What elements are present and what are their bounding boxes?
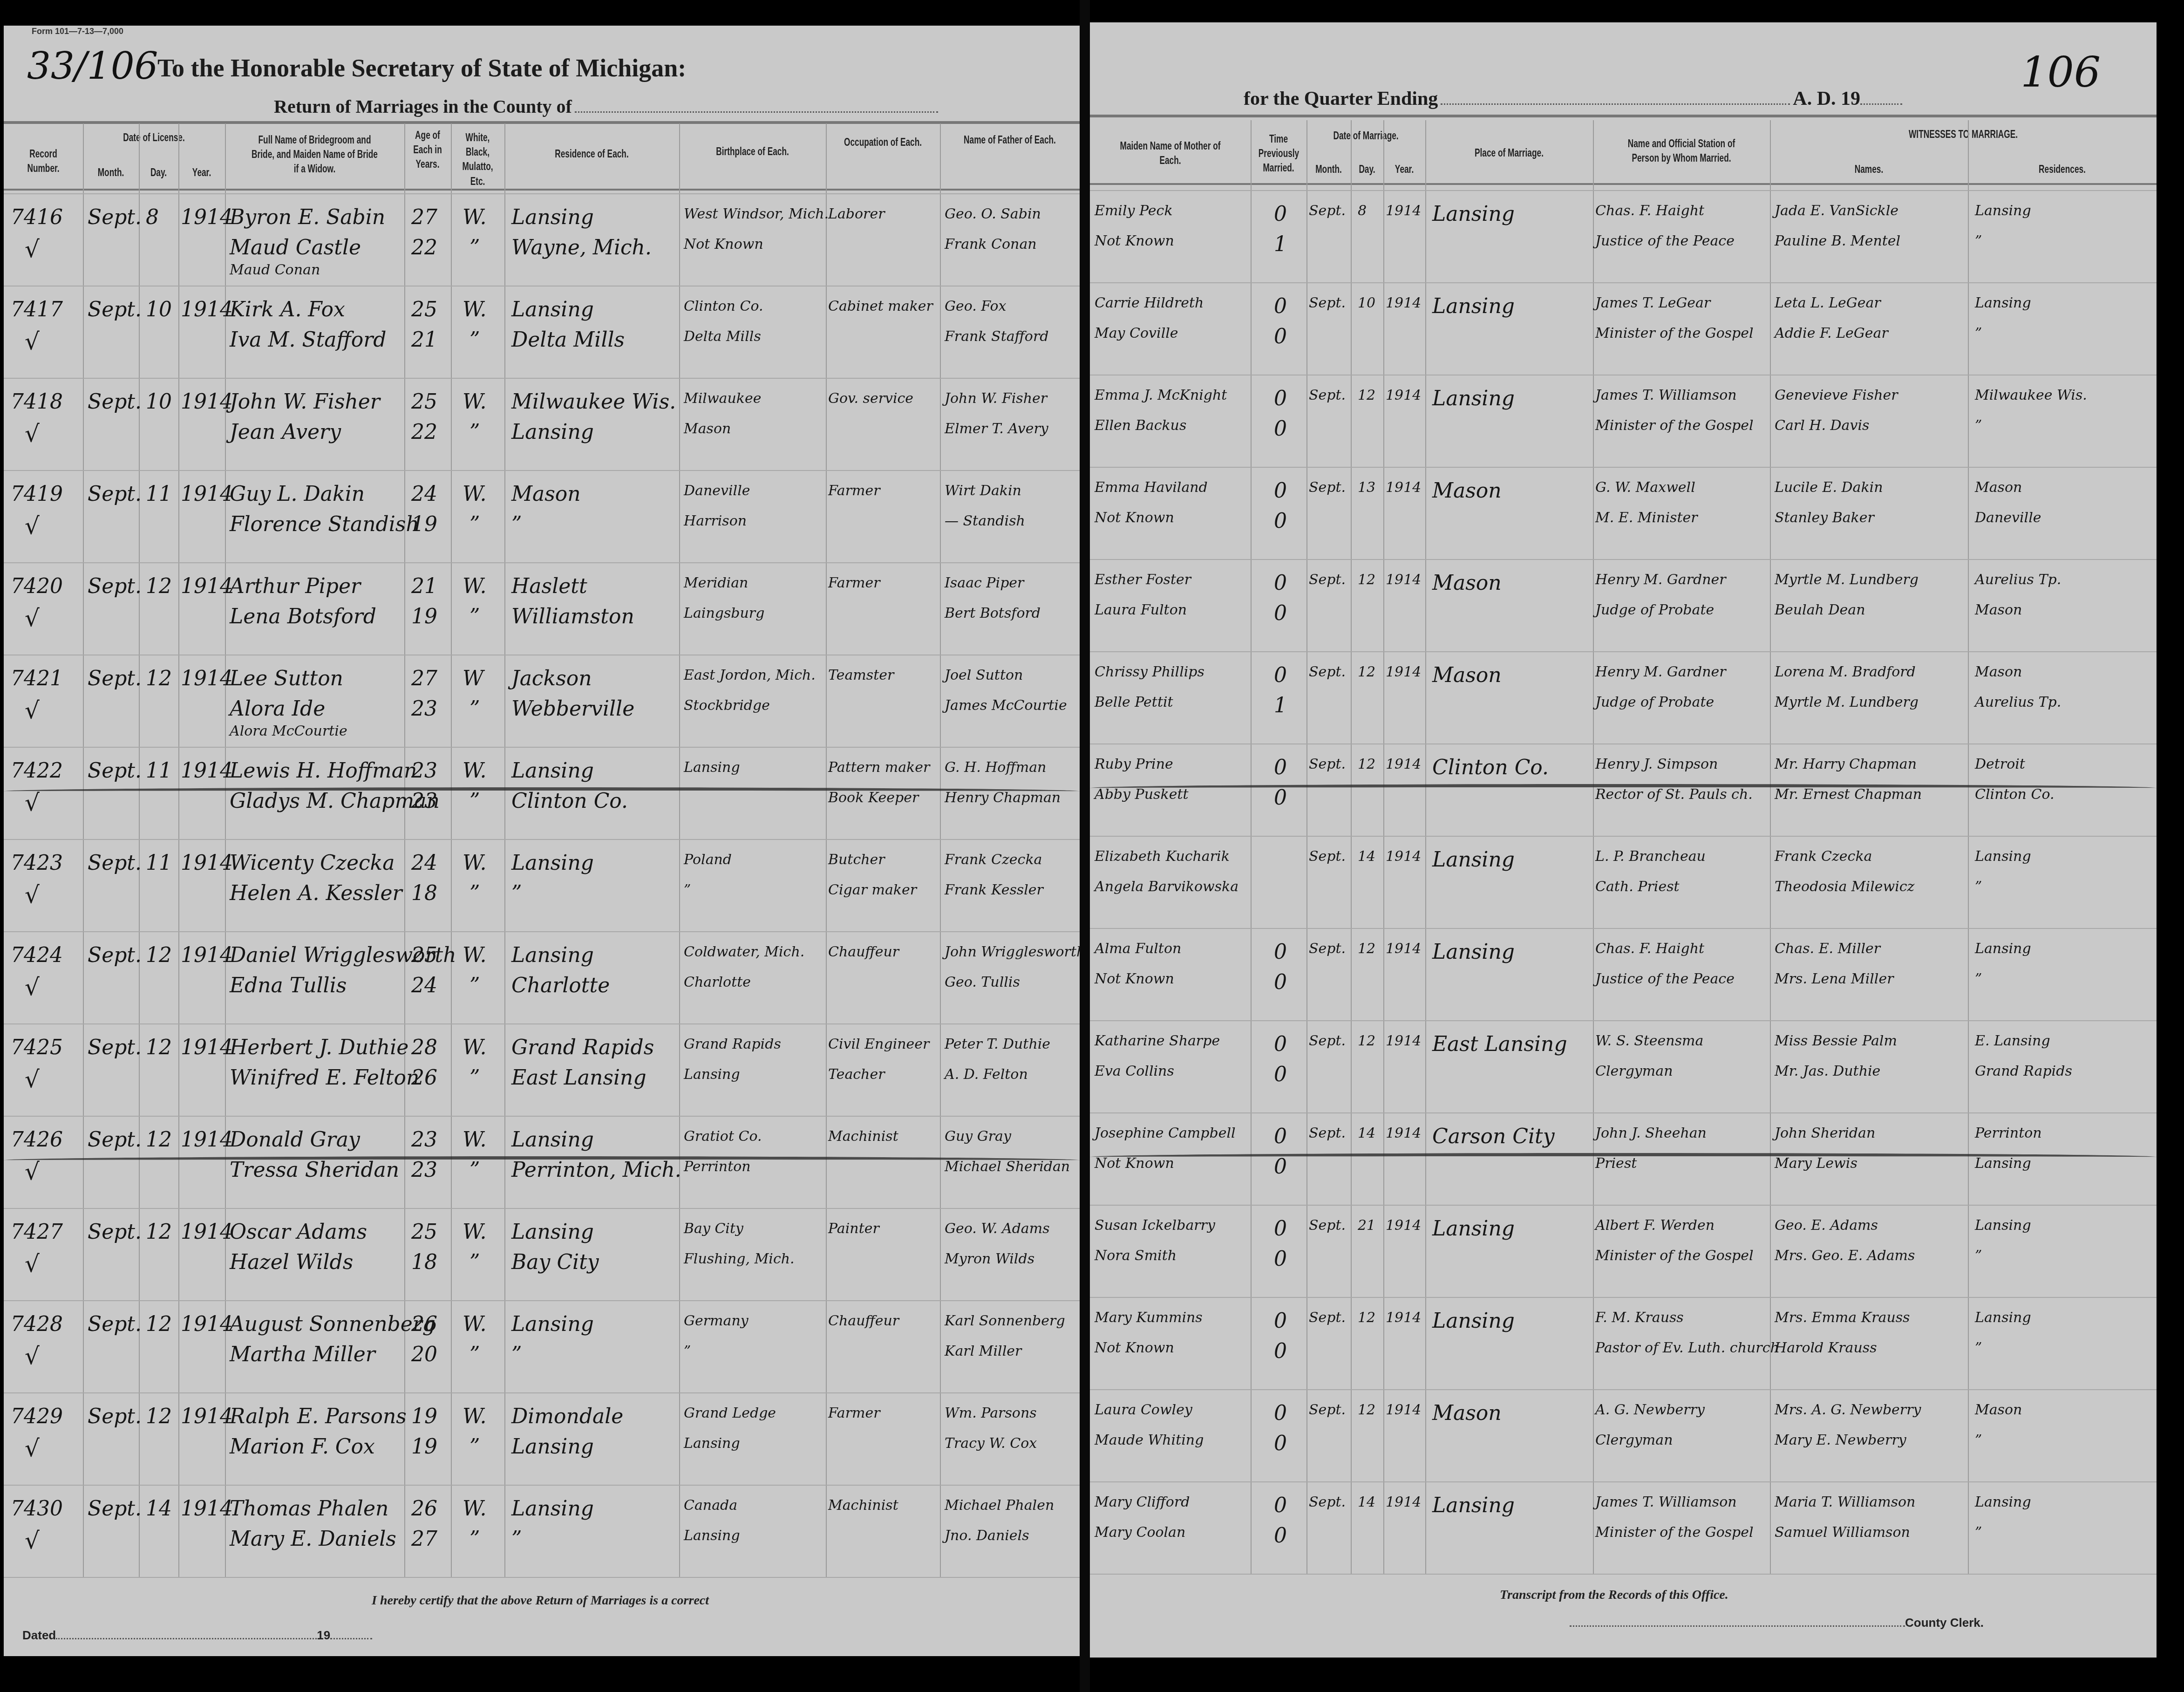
check-mark: √: [25, 1252, 40, 1276]
groom-mother: Carrie Hildreth: [1095, 296, 1204, 310]
groom-birthplace: East Jordon, Mich.: [684, 669, 816, 682]
record-row-right: Emily PeckNot Known01Sept.81914LansingCh…: [1090, 190, 2157, 282]
groom-occupation: Butcher: [828, 853, 885, 867]
ditto-mark: ”: [469, 330, 480, 350]
witness-2-name: Mrs. Lena Miller: [1775, 972, 1894, 986]
marriage-day: 12: [1358, 1311, 1375, 1325]
officiant-title: Justice of the Peace: [1595, 234, 1735, 248]
officiant-name: Albert F. Werden: [1595, 1219, 1715, 1233]
groom-occupation: Machinist: [828, 1499, 898, 1513]
marriage-month: Sept.: [1309, 1219, 1346, 1233]
ditto-mark: ”: [469, 976, 480, 996]
color-race: W.: [463, 1499, 487, 1519]
bride-times-married: 0: [1274, 327, 1287, 347]
groom-mother: Esther Foster: [1095, 573, 1191, 587]
officiant-title: Cath. Priest: [1595, 880, 1680, 894]
license-month: Sept.: [88, 484, 142, 505]
license-year: 1914: [181, 1130, 233, 1150]
license-year: 1914: [181, 761, 233, 781]
check-mark: √: [25, 1068, 40, 1091]
witness-2-name: Theodosia Milewicz: [1775, 880, 1914, 894]
marriage-place: Lansing: [1432, 1495, 1515, 1516]
record-row-left: 7421√Sept.121914Lee SuttonAlora IdeAlora…: [4, 655, 1080, 747]
record-row-right: Chrissy PhillipsBelle Pettit01Sept.12191…: [1090, 651, 2157, 744]
bride-age: 18: [411, 1252, 437, 1273]
record-row-left: 7422√Sept.111914Lewis H. HoffmanGladys M…: [4, 747, 1080, 839]
officiant-title: Clergyman: [1595, 1433, 1673, 1447]
witness-2-name: Samuel Williamson: [1775, 1526, 1910, 1540]
color-race: W.: [463, 1406, 487, 1427]
bride-times-married: 1: [1274, 234, 1287, 255]
dated-label: Dated: [22, 1628, 56, 1642]
license-day: 12: [146, 1222, 172, 1242]
col-residence: Residence of Each.: [529, 147, 655, 161]
col-times-married: Time Previously Married.: [1259, 132, 1299, 176]
bride-maiden-name: Maud Conan: [230, 263, 320, 277]
color-race: W.: [463, 853, 487, 873]
check-mark: √: [25, 791, 40, 814]
officiant-title: Pastor of Ev. Luth. church: [1595, 1341, 1779, 1355]
bride-name: Marion F. Cox: [230, 1437, 375, 1457]
marriage-place: Lansing: [1432, 204, 1515, 225]
bride-residence: Bay City: [511, 1252, 599, 1273]
license-year: 1914: [181, 207, 233, 228]
groom-age: 23: [411, 1130, 437, 1150]
marriage-year: 1914: [1386, 389, 1421, 403]
col-full-name: Full Name of Bridegroom and Bride, and M…: [250, 133, 379, 177]
record-row-left: 7430√Sept.141914Thomas PhalenMary E. Dan…: [4, 1485, 1080, 1577]
groom-birthplace: Clinton Co.: [684, 300, 763, 314]
witness-1-residence: Lansing: [1975, 296, 2031, 310]
license-year: 1914: [181, 1406, 233, 1427]
col-license-month: Month.: [91, 165, 131, 180]
col-marriage-month: Month.: [1313, 162, 1344, 177]
groom-birthplace: Bay City: [684, 1222, 743, 1236]
document-subtitle: Return of Marriages in the County of: [274, 96, 938, 117]
bride-name: Mary E. Daniels: [230, 1529, 396, 1549]
marriage-place: Lansing: [1432, 850, 1515, 870]
groom-name: August Sonnenberg: [230, 1314, 435, 1335]
license-month: Sept.: [88, 853, 142, 873]
witness-1-residence: Mason: [1975, 665, 2022, 679]
document-title: To the Honorable Secretary of State of M…: [157, 54, 686, 82]
header-rule: [4, 189, 1080, 191]
groom-occupation: Farmer: [828, 1406, 880, 1420]
record-row-left: 7426√Sept.121914Donald GrayTressa Sherid…: [4, 1116, 1080, 1208]
marriage-year: 1914: [1386, 1219, 1421, 1233]
officiant-name: Henry M. Gardner: [1595, 573, 1726, 587]
bride-name: Martha Miller: [230, 1344, 375, 1365]
groom-times-married: 0: [1274, 665, 1287, 686]
bride-age: 19: [411, 514, 437, 535]
record-number: 7420: [11, 576, 63, 597]
witness-1-residence: Lansing: [1975, 1219, 2031, 1233]
officiant-name: G. W. Maxwell: [1595, 481, 1695, 495]
bride-times-married: 0: [1274, 972, 1287, 993]
license-year: 1914: [181, 669, 233, 689]
bride-father: Karl Miller: [945, 1344, 1021, 1358]
col-witnesses: WITNESSES TO MARRIAGE.: [1824, 127, 2102, 142]
bride-father: Frank Stafford: [945, 330, 1048, 344]
bride-mother: Eva Collins: [1095, 1064, 1174, 1078]
quarter-line: for the Quarter EndingA. D. 19: [1244, 88, 1902, 110]
ditto-mark: ”: [469, 422, 480, 443]
bride-father: Geo. Tullis: [945, 976, 1020, 989]
groom-father: Guy Gray: [945, 1130, 1011, 1144]
marriage-day: 12: [1358, 665, 1375, 679]
bride-mother: Mary Coolan: [1095, 1526, 1185, 1540]
groom-residence: Grand Rapids: [511, 1037, 654, 1058]
license-month: Sept.: [88, 1222, 142, 1242]
marriage-year: 1914: [1386, 665, 1421, 679]
license-year: 1914: [181, 576, 233, 597]
marriage-day: 14: [1358, 1495, 1375, 1509]
groom-residence: Lansing: [511, 1130, 594, 1150]
groom-times-married: 0: [1274, 1311, 1287, 1331]
license-day: 11: [146, 853, 172, 873]
bride-mother: Angela Barvikowska: [1095, 880, 1238, 894]
witness-1-name: Lorena M. Bradford: [1775, 665, 1916, 679]
groom-times-married: 0: [1274, 1126, 1287, 1147]
groom-age: 25: [411, 1222, 437, 1242]
groom-father: G. H. Hoffman: [945, 761, 1046, 775]
record-row-right: Alma FultonNot Known00Sept.121914Lansing…: [1090, 928, 2157, 1020]
ditto-mark: ”: [469, 238, 480, 258]
groom-age: 23: [411, 761, 437, 781]
groom-mother: Mary Clifford: [1095, 1495, 1190, 1509]
license-month: Sept.: [88, 300, 142, 320]
color-race: W.: [463, 761, 487, 781]
license-day: 10: [146, 392, 172, 412]
bride-father: James McCourtie: [945, 699, 1067, 713]
witness-2-name: Beulah Dean: [1775, 603, 1865, 617]
bride-residence: Lansing: [511, 1437, 594, 1457]
groom-name: John W. Fisher: [230, 392, 380, 412]
marriage-place: Mason: [1432, 481, 1502, 501]
bride-age: 20: [411, 1344, 437, 1365]
officiant-name: Chas. F. Haight: [1595, 204, 1704, 218]
license-day: 11: [146, 761, 172, 781]
witness-2-name: Stanley Baker: [1775, 511, 1874, 525]
marriage-place: Lansing: [1432, 942, 1515, 962]
witness-2-residence: ”: [1975, 1341, 1982, 1355]
groom-mother: Elizabeth Kucharik: [1095, 850, 1230, 864]
witness-1-residence: Mason: [1975, 1403, 2022, 1417]
bride-residence: Williamston: [511, 607, 634, 627]
witness-1-residence: Lansing: [1975, 1311, 2031, 1325]
license-day: 12: [146, 945, 172, 966]
license-month: Sept.: [88, 392, 142, 412]
marriage-day: 10: [1358, 296, 1375, 310]
groom-mother: Ruby Prine: [1095, 757, 1173, 771]
record-row-right: Emma J. McKnightEllen Backus00Sept.12191…: [1090, 375, 2157, 467]
groom-birthplace: Canada: [684, 1499, 737, 1513]
check-mark: √: [25, 422, 40, 445]
record-row-left: 7418√Sept.101914John W. FisherJean Avery…: [4, 378, 1080, 470]
record-row-right: Carrie HildrethMay Coville00Sept.101914L…: [1090, 282, 2157, 375]
bride-age: 26: [411, 1068, 437, 1088]
bride-mother: Not Known: [1095, 511, 1174, 525]
bride-residence: Charlotte: [511, 976, 610, 996]
left-page: Form 101—7-13—7,000 33/106 To the Honora…: [4, 26, 1080, 1656]
bride-birthplace: Stockbridge: [684, 699, 770, 713]
record-number: 7417: [11, 300, 63, 320]
bride-birthplace: Not Known: [684, 238, 763, 252]
groom-times-married: 0: [1274, 1403, 1287, 1424]
officiant-title: Judge of Probate: [1595, 603, 1714, 617]
marriage-day: 14: [1358, 1126, 1375, 1140]
bride-age: 18: [411, 883, 437, 904]
groom-occupation: Civil Engineer: [828, 1037, 929, 1051]
officiant-title: Minister of the Gospel: [1595, 327, 1754, 341]
groom-residence: Lansing: [511, 853, 594, 873]
groom-age: 26: [411, 1314, 437, 1335]
record-number: 7416: [11, 207, 63, 228]
license-day: 12: [146, 1037, 172, 1058]
header-rule: [1090, 183, 2157, 185]
license-year: 1914: [181, 1222, 233, 1242]
officiant-name: A. G. Newberry: [1595, 1403, 1705, 1417]
witness-2-name: Addie F. LeGear: [1775, 327, 1888, 341]
groom-age: 27: [411, 669, 437, 689]
bride-name: Maud Castle: [230, 238, 361, 258]
groom-mother: Emma J. McKnight: [1095, 389, 1227, 403]
bride-father: Frank Kessler: [945, 883, 1043, 897]
groom-occupation: Painter: [828, 1222, 879, 1236]
witness-2-residence: ”: [1975, 327, 1982, 341]
witness-1-residence: Mason: [1975, 481, 2022, 495]
clerk-label: County Clerk.: [1905, 1616, 1984, 1630]
groom-mother: Chrissy Phillips: [1095, 665, 1204, 679]
bride-birthplace: Charlotte: [684, 976, 751, 989]
witness-1-residence: E. Lansing: [1975, 1034, 2050, 1048]
groom-times-married: 0: [1274, 573, 1287, 594]
groom-mother: Katharine Sharpe: [1095, 1034, 1220, 1048]
officiant-name: W. S. Steensma: [1595, 1034, 1703, 1048]
license-year: 1914: [181, 392, 233, 412]
groom-times-married: 0: [1274, 1495, 1287, 1516]
groom-birthplace: Daneville: [684, 484, 750, 498]
license-month: Sept.: [88, 1130, 142, 1150]
groom-name: Donald Gray: [230, 1130, 360, 1150]
bride-residence: ”: [511, 1529, 522, 1549]
ditto-mark: ”: [469, 607, 480, 627]
groom-occupation: Laborer: [828, 207, 885, 221]
marriage-month: Sept.: [1309, 296, 1346, 310]
marriage-year: 1914: [1386, 942, 1421, 956]
groom-father: Michael Phalen: [945, 1499, 1054, 1513]
license-day: 8: [146, 207, 159, 228]
ditto-mark: ”: [469, 883, 480, 904]
marriage-place: Lansing: [1432, 389, 1515, 409]
groom-occupation: Gov. service: [828, 392, 913, 406]
clerk-signature-field: [1570, 1625, 1905, 1627]
bride-birthplace: Laingsburg: [684, 607, 764, 621]
officiant-name: John J. Sheehan: [1595, 1126, 1707, 1140]
bride-father: A. D. Felton: [945, 1068, 1028, 1082]
groom-birthplace: Lansing: [684, 761, 740, 775]
witness-2-residence: Mason: [1975, 603, 2022, 617]
groom-age: 26: [411, 1499, 437, 1519]
witness-2-residence: ”: [1975, 1433, 1982, 1447]
strike-through-line: [4, 787, 1080, 795]
dated-line: Dated19: [22, 1628, 372, 1643]
marriage-year: 1914: [1386, 1403, 1421, 1417]
bride-mother: Ellen Backus: [1095, 419, 1186, 433]
groom-father: Joel Sutton: [945, 669, 1023, 682]
bride-mother: Laura Fulton: [1095, 603, 1187, 617]
bride-age: 23: [411, 699, 437, 719]
license-month: Sept.: [88, 669, 142, 689]
bride-age: 19: [411, 1437, 437, 1457]
bride-residence: Delta Mills: [511, 330, 625, 350]
witness-1-residence: Aurelius Tp.: [1975, 573, 2061, 587]
witness-1-residence: Milwaukee Wis.: [1975, 389, 2087, 403]
groom-residence: Lansing: [511, 1314, 594, 1335]
groom-occupation: Chauffeur: [828, 945, 899, 959]
row-rule: [1090, 1574, 2157, 1575]
marriage-day: 14: [1358, 850, 1375, 864]
bride-age: 21: [411, 330, 437, 350]
bride-age: 19: [411, 607, 437, 627]
license-year: 1914: [181, 300, 233, 320]
col-license-year: Year.: [185, 165, 218, 180]
groom-name: Ralph E. Parsons: [230, 1406, 407, 1427]
bride-mother: Belle Pettit: [1095, 696, 1173, 710]
witness-1-residence: Lansing: [1975, 204, 2031, 218]
record-row-right: Katharine SharpeEva Collins00Sept.121914…: [1090, 1020, 2157, 1112]
witness-2-residence: Aurelius Tp.: [1975, 696, 2061, 710]
groom-age: 21: [411, 576, 437, 597]
officiant-title: Minister of the Gospel: [1595, 1249, 1754, 1263]
col-father: Name of Father of Each.: [959, 133, 1060, 147]
record-number: 7425: [11, 1037, 63, 1058]
marriage-place: Mason: [1432, 573, 1502, 594]
witness-2-name: Harold Krauss: [1775, 1341, 1877, 1355]
check-mark: √: [25, 1529, 40, 1552]
record-row-left: 7420√Sept.121914Arthur PiperLena Botsfor…: [4, 562, 1080, 655]
witness-1-name: Geo. E. Adams: [1775, 1219, 1878, 1233]
groom-mother: Susan Ickelbarry: [1095, 1219, 1215, 1233]
groom-mother: Mary Kummins: [1095, 1311, 1203, 1325]
bride-father: — Standish: [945, 514, 1025, 528]
marriage-month: Sept.: [1309, 204, 1346, 218]
marriage-place: Clinton Co.: [1432, 757, 1549, 778]
officiant-title: Justice of the Peace: [1595, 972, 1735, 986]
bride-name: Jean Avery: [230, 422, 341, 443]
witness-2-residence: Daneville: [1975, 511, 2041, 525]
record-row-left: 7427√Sept.121914Oscar AdamsHazel Wilds25…: [4, 1208, 1080, 1300]
groom-residence: Milwaukee Wis.: [511, 392, 676, 412]
col-date-of-license: Date of License.: [103, 130, 205, 145]
transcript-text: Transcript from the Records of this Offi…: [1500, 1588, 1728, 1603]
marriage-day: 12: [1358, 942, 1375, 956]
record-number: 7424: [11, 945, 63, 966]
license-month: Sept.: [88, 761, 142, 781]
marriage-year: 1914: [1386, 757, 1421, 771]
strike-through-line: [1090, 1153, 2157, 1161]
bride-age: 22: [411, 238, 437, 258]
col-witness-names: Names.: [1798, 162, 1940, 177]
record-row-left: 7419√Sept.111914Guy L. DakinFlorence Sta…: [4, 470, 1080, 562]
color-race: W.: [463, 484, 487, 505]
bride-times-married: 0: [1274, 1526, 1287, 1546]
groom-father: Karl Sonnenberg: [945, 1314, 1065, 1328]
strike-through-line: [1090, 784, 2157, 792]
groom-birthplace: Meridian: [684, 576, 748, 590]
groom-father: Frank Czecka: [945, 853, 1042, 867]
groom-birthplace: Grand Rapids: [684, 1037, 781, 1051]
check-mark: √: [25, 514, 40, 538]
bride-name: Winifred E. Felton: [230, 1068, 419, 1088]
clerk-line: County Clerk.: [1570, 1616, 1984, 1630]
bride-birthplace: Lansing: [684, 1529, 740, 1543]
check-mark: √: [25, 607, 40, 630]
license-year: 1914: [181, 1037, 233, 1058]
marriage-year: 1914: [1386, 1495, 1421, 1509]
groom-age: 25: [411, 392, 437, 412]
record-row-left: 7417√Sept.101914Kirk A. FoxIva M. Staffo…: [4, 286, 1080, 378]
marriage-day: 12: [1358, 573, 1375, 587]
marriage-place: Lansing: [1432, 296, 1515, 317]
marriage-year: 1914: [1386, 1126, 1421, 1140]
bride-residence: East Lansing: [511, 1068, 646, 1088]
license-month: Sept.: [88, 207, 142, 228]
ditto-mark: ”: [469, 514, 480, 535]
color-race: W.: [463, 1314, 487, 1335]
county-label: Return of Marriages in the County of: [274, 96, 572, 117]
bride-birthplace: Flushing, Mich.: [684, 1252, 795, 1266]
bride-name: Florence Standish: [230, 514, 419, 535]
col-birthplace: Birthplace of Each.: [700, 144, 805, 159]
check-mark: √: [25, 883, 40, 907]
groom-residence: Lansing: [511, 1499, 594, 1519]
groom-name: Kirk A. Fox: [230, 300, 345, 320]
ditto-mark: ”: [469, 699, 480, 719]
groom-name: Herbert J. Duthie: [230, 1037, 408, 1058]
col-record-number: Record Number.: [15, 147, 72, 176]
license-month: Sept.: [88, 1314, 142, 1335]
quarter-field: [1441, 103, 1790, 105]
groom-age: 25: [411, 300, 437, 320]
groom-mother: Emma Haviland: [1095, 481, 1208, 495]
marriage-year: 1914: [1386, 850, 1421, 864]
witness-2-residence: ”: [1975, 1526, 1982, 1540]
bride-occupation: Teacher: [828, 1068, 885, 1082]
groom-occupation: Farmer: [828, 484, 880, 498]
groom-residence: Lansing: [511, 300, 594, 320]
groom-times-married: 0: [1274, 1034, 1287, 1055]
groom-residence: Mason: [511, 484, 581, 505]
marriage-month: Sept.: [1309, 757, 1346, 771]
check-mark: √: [25, 238, 40, 261]
marriage-year: 1914: [1386, 296, 1421, 310]
col-marriage-day: Day.: [1355, 162, 1379, 177]
marriage-month: Sept.: [1309, 1311, 1346, 1325]
bride-mother: Nora Smith: [1095, 1249, 1177, 1263]
bride-mother: May Coville: [1095, 327, 1178, 341]
bride-father: Tracy W. Cox: [945, 1437, 1037, 1451]
county-field: [575, 111, 938, 113]
record-row-right: Susan IckelbarryNora Smith00Sept.211914L…: [1090, 1205, 2157, 1297]
groom-father: John Wrigglesworth: [945, 945, 1080, 959]
groom-times-married: 0: [1274, 204, 1287, 225]
record-row-right: Elizabeth KucharikAngela BarvikowskaSept…: [1090, 836, 2157, 928]
witness-2-residence: ”: [1975, 419, 1982, 433]
color-race: W.: [463, 945, 487, 966]
license-year: 1914: [181, 945, 233, 966]
groom-residence: Lansing: [511, 207, 594, 228]
